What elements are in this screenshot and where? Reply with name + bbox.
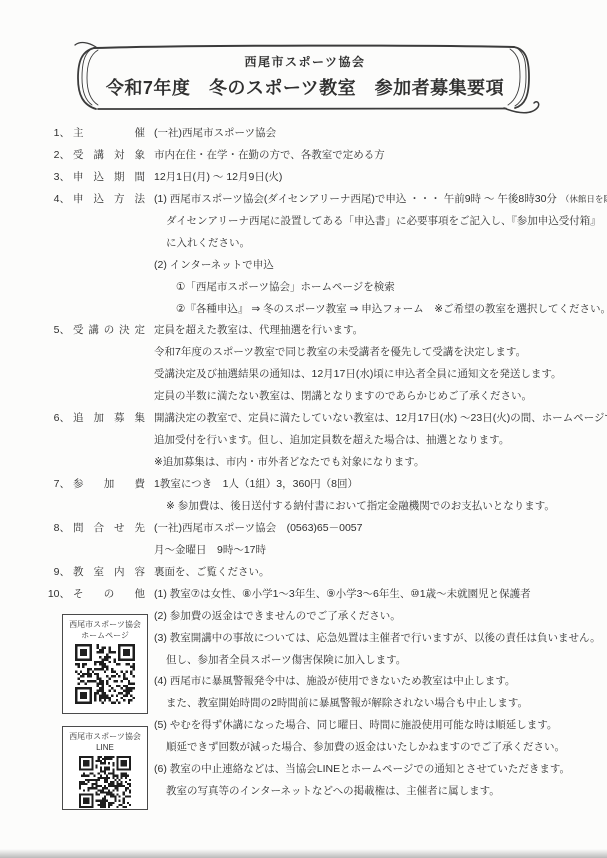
item-number: 6、 [46,408,70,430]
qr-label-org: 西尾市スポーツ協会 [63,732,147,743]
item-label: 申込期間 [73,167,145,189]
item-line: 12月1日(月) ～ 12月9日(火) [154,167,602,189]
item-line: ①「西尾市スポーツ協会」ホームページを検索 [154,277,602,299]
item-line: ※ 参加費は、後日送付する納付書において指定金融機関でのお支払いとなります。 [154,496,602,518]
item-content: (一社)西尾市スポーツ協会 [154,123,602,145]
organization-name: 西尾市スポーツ協会 [70,53,540,70]
item-line: (4) 西尾市に暴風警報発令中は、施設が使用できないため教室は中止します。 [154,671,602,693]
qr-panel-homepage: 西尾市スポーツ協会 ホームページ [62,614,148,714]
item-content: (1) 西尾市スポーツ協会(ダイセンアリーナ西尾)で申込 ・・・ 午前9時 ～ … [154,189,602,321]
item-content: (一社)西尾市スポーツ協会 (0563)65－0057月～金曜日 9時～17時 [154,518,602,562]
item-number: 9、 [46,562,70,584]
item-line: 定員を超えた教室は、代理抽選を行います。 [154,320,602,342]
item-line: ダイセンアリーナ西尾に設置してある「申込書」に必要事項をご記入し、『参加申込受付… [154,211,602,233]
item-content: 1教室につき 1人（1組）3，360円（8回）※ 参加費は、後日送付する納付書に… [154,474,602,518]
item-number: 1、 [46,123,70,145]
note-small: （休館日を除く） [561,194,607,204]
header: 西尾市スポーツ協会 令和7年度 冬のスポーツ教室 参加者募集要項 [70,53,540,100]
item-content: 市内在住・在学・在勤の方で、各教室で定める方 [154,145,602,167]
list-item: 9、 教室内容 裏面を、ご覧ください。 [46,562,602,584]
item-label: その他 [73,584,145,606]
item-content: 12月1日(月) ～ 12月9日(火) [154,167,602,189]
list-item: 5、 受講の決定 定員を超えた教室は、代理抽選を行います。令和7年度のスポーツ教… [46,320,602,408]
item-line: 定員の半数に満たない教室は、閉講となりますのであらかじめご了承ください。 [154,386,602,408]
list-item: 7、 参加費 1教室につき 1人（1組）3，360円（8回）※ 参加費は、後日送… [46,474,602,518]
item-line: (1) 教室⑦は女性、⑧小学1～3年生、⑨小学3～6年生、⑩1歳～未就園児と保護… [154,584,602,606]
item-line: 裏面を、ご覧ください。 [154,562,602,584]
item-line: (2) 参加費の返金はできませんのでご了承ください。 [154,606,602,628]
list-item: 1、 主催 (一社)西尾市スポーツ協会 [46,123,602,145]
item-line: 市内在住・在学・在勤の方で、各教室で定める方 [154,145,602,167]
qr-label: 西尾市スポーツ協会 LINE [63,732,147,753]
qr-panel-line: 西尾市スポーツ協会 LINE [62,726,148,810]
list-item: 3、 申込期間 12月1日(月) ～ 12月9日(火) [46,167,602,189]
item-line: 受講決定及び抽選結果の通知は、12月17日(水)頃に申込者全員に通知文を発送しま… [154,364,602,386]
item-line: ②『各種申込』 ⇒ 冬のスポーツ教室 ⇒ 申込フォーム ※ご希望の教室を選択して… [154,299,602,321]
item-line: 但し、参加者全員スポーツ傷害保険に加入します。 [154,650,602,672]
list-item: 2、 受講対象 市内在住・在学・在勤の方で、各教室で定める方 [46,145,602,167]
scan-edge-shadow [0,849,607,858]
item-label: 申込方法 [73,189,145,211]
item-label: 教室内容 [73,562,145,584]
item-line: 教室の写真等のインターネットなどへの掲載権は、主催者に属します。 [154,781,602,803]
item-label: 追加募集 [73,408,145,430]
item-content: 定員を超えた教室は、代理抽選を行います。令和7年度のスポーツ教室で同じ教室の未受… [154,320,602,408]
item-number: 10、 [46,584,70,606]
item-number: 8、 [46,518,70,540]
item-line: また、教室開始時間の2時間前に暴風警報が解除されない場合も中止します。 [154,693,602,715]
item-number: 2、 [46,145,70,167]
page-title: 令和7年度 冬のスポーツ教室 参加者募集要項 [70,74,540,100]
item-line: 月～金曜日 9時～17時 [154,540,602,562]
item-line: (6) 教室の中止連絡などは、当協会LINEとホームページでの通知とさせていただ… [154,759,602,781]
item-line: 1教室につき 1人（1組）3，360円（8回） [154,474,602,496]
qr-label-target: LINE [63,743,147,754]
document-page: 西尾市スポーツ協会 令和7年度 冬のスポーツ教室 参加者募集要項 1、 主催 (… [0,0,607,858]
item-line: (2) インターネットで申込 [154,255,602,277]
item-content: (1) 教室⑦は女性、⑧小学1～3年生、⑨小学3～6年生、⑩1歳～未就園児と保護… [154,584,602,803]
item-line: 令和7年度のスポーツ教室で同じ教室の未受講者を優先して受講を決定します。 [154,342,602,364]
item-number: 5、 [46,320,70,342]
list-item: 6、 追加募集 開講決定の教室で、定員に満たしていない教室は、12月17日(水)… [46,408,602,474]
list-item: 8、 問合せ先 (一社)西尾市スポーツ協会 (0563)65－0057月～金曜日… [46,518,602,562]
qr-label-org: 西尾市スポーツ協会 [63,620,147,631]
item-line: (一社)西尾市スポーツ協会 (0563)65－0057 [154,518,602,540]
item-line: 順延できず回数が減った場合、参加費の返金はいたしかねますのでご了承ください。 [154,737,602,759]
item-label: 受講対象 [73,145,145,167]
item-number: 7、 [46,474,70,496]
item-label: 受講の決定 [73,320,145,342]
item-line: 開講決定の教室で、定員に満たしていない教室は、12月17日(水) ～23日(火)… [154,408,602,430]
item-line: に入れください。 [154,233,602,255]
item-label: 主催 [73,123,145,145]
item-line: (3) 教室開講中の事故については、応急処置は主催者で行いますが、以後の責任は負… [154,628,602,650]
item-content: 開講決定の教室で、定員に満たしていない教室は、12月17日(水) ～23日(火)… [154,408,602,474]
list-item: 4、 申込方法 (1) 西尾市スポーツ協会(ダイセンアリーナ西尾)で申込 ・・・… [46,189,602,321]
item-line: (5) やむを得ず休講になった場合、同じ曜日、時間に施設使用可能な時は順延します… [154,715,602,737]
qr-code-line-icon [79,756,131,808]
item-line: (1) 西尾市スポーツ協会(ダイセンアリーナ西尾)で申込 ・・・ 午前9時 ～ … [154,189,602,211]
item-label: 問合せ先 [73,518,145,540]
item-line: 追加受付を行います。但し、追加定員数を超えた場合は、抽選となります。 [154,430,602,452]
item-line: ※追加募集は、市内・市外者どなたでも対象になります。 [154,452,602,474]
qr-code-homepage-icon [75,644,135,704]
item-number: 3、 [46,167,70,189]
item-number: 4、 [46,189,70,211]
qr-label-target: ホームページ [63,631,147,642]
item-label: 参加費 [73,474,145,496]
qr-label: 西尾市スポーツ協会 ホームページ [63,620,147,641]
item-content: 裏面を、ご覧ください。 [154,562,602,584]
item-line: (一社)西尾市スポーツ協会 [154,123,602,145]
